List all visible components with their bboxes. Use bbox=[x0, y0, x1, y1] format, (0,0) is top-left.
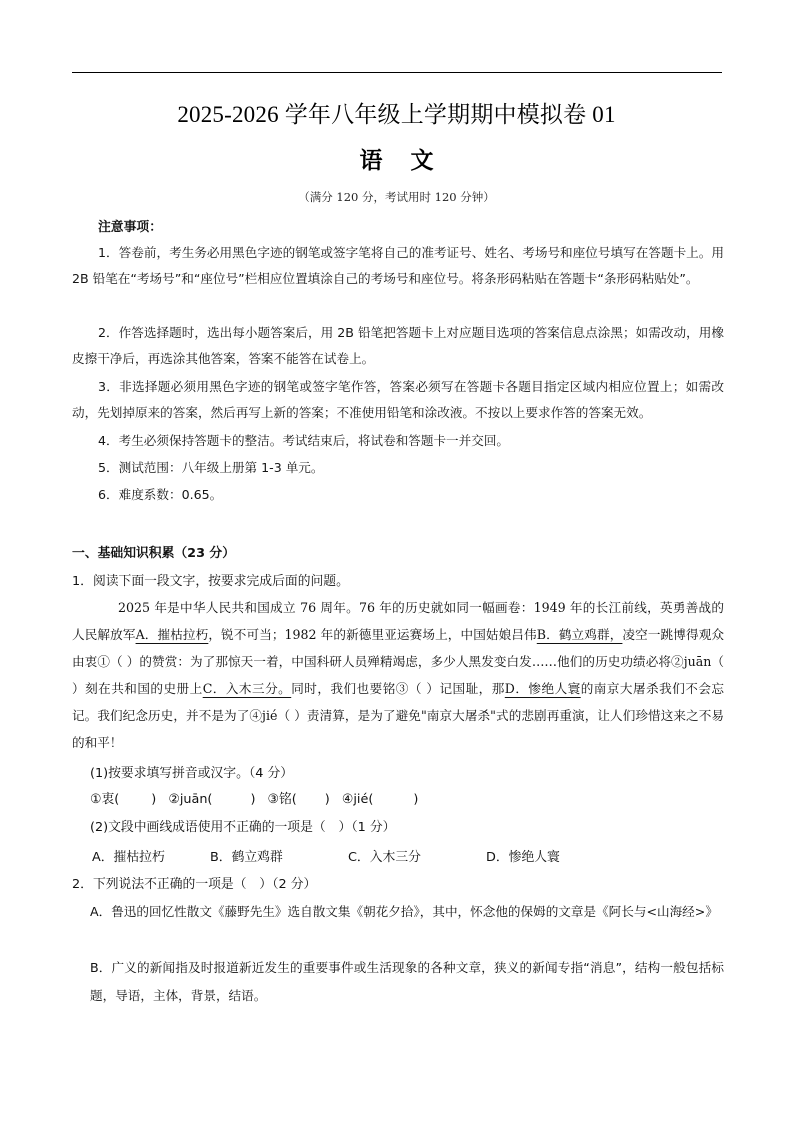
notice-item-1: 1．答卷前，考生务必用黑色字迹的钢笔或签字笔将自己的准考证号、姓名、考场号和座位… bbox=[72, 240, 724, 292]
notice-item-2: 2．作答选择题时，选出每小题答案后，用 2B 铅笔把答题卡上对应题目选项的答案信… bbox=[72, 320, 724, 372]
score-time-note: （满分 120 分，考试用时 120 分钟） bbox=[0, 189, 793, 205]
fill-blank-3[interactable]: ③铭() bbox=[268, 788, 330, 807]
fill-blank-1-close: ) bbox=[151, 792, 156, 807]
fill-blank-row: ①衷() ②juān() ③铭() ④jié() bbox=[90, 788, 420, 807]
subject-title: 语文 bbox=[0, 142, 793, 175]
fill-blank-3-label: ③铭( bbox=[268, 792, 297, 807]
fill-blank-4[interactable]: ④jié() bbox=[342, 792, 418, 807]
subquestion-2-prompt: (2)文段中画线成语使用不正确的一项是（ ）（1 分） bbox=[90, 816, 395, 835]
fill-blank-3-close: ) bbox=[325, 792, 330, 807]
section-heading-basics: 一、基础知识积累（23 分） bbox=[72, 542, 235, 561]
fill-blank-4-label: ④jié( bbox=[342, 792, 373, 807]
fill-blank-1-label: ①衷( bbox=[90, 792, 119, 807]
question-2-option-b[interactable]: B．广义的新闻指及时报道新近发生的重要事件或生活现象的各种文章，狭义的新闻专指“… bbox=[90, 954, 724, 1010]
fill-blank-4-close: ) bbox=[413, 792, 418, 807]
notice-item-6: 6．难度系数：0.65。 bbox=[72, 482, 724, 508]
notice-item-5: 5．测试范围：八年级上册第 1-3 单元。 bbox=[72, 455, 724, 481]
exam-title: 2025-2026 学年八年级上学期期中模拟卷 01 bbox=[0, 96, 793, 129]
fill-blank-2[interactable]: ②juān() bbox=[168, 792, 255, 807]
question-2-prompt: 2．下列说法不正确的一项是（ ）（2 分） bbox=[72, 873, 316, 892]
underlined-idiom-d: D．惨绝人寰 bbox=[505, 681, 581, 696]
option-d[interactable]: D．惨绝人寰 bbox=[486, 846, 560, 865]
underlined-idiom-a: A．摧枯拉朽 bbox=[136, 627, 209, 642]
subject-char-2: 文 bbox=[411, 148, 434, 174]
option-c[interactable]: C．入木三分 bbox=[348, 846, 421, 865]
option-b[interactable]: B．鹤立鸡群 bbox=[210, 846, 283, 865]
passage-text-4: 同时，我们也要铭③（ ）记国耻，那 bbox=[291, 681, 505, 696]
question-1-passage: 2025 年是中华人民共和国成立 76 周年。76 年的历史就如同一幅画卷：19… bbox=[72, 594, 724, 756]
fill-blank-2-label: ②juān( bbox=[168, 792, 212, 807]
passage-text-2: ，锐不可当；1982 年的新德里亚运赛场上，中国姑娘吕伟 bbox=[208, 627, 536, 642]
fill-blank-2-close: ) bbox=[250, 792, 255, 807]
underlined-idiom-c: C．入木三分。 bbox=[203, 681, 292, 696]
question-2-option-a[interactable]: A．鲁迅的回忆性散文《藤野先生》选自散文集《朝花夕拾》，其中，怀念他的保姆的文章… bbox=[90, 898, 724, 926]
notice-item-4: 4．考生必须保持答题卡的整洁。考试结束后，将试卷和答题卡一并交回。 bbox=[72, 428, 724, 454]
subject-char-1: 语 bbox=[360, 148, 383, 174]
question-1-prompt: 1．阅读下面一段文字，按要求完成后面的问题。 bbox=[72, 570, 349, 589]
option-a[interactable]: A．摧枯拉朽 bbox=[92, 846, 165, 865]
notice-heading: 注意事项： bbox=[98, 216, 162, 235]
notice-item-3: 3．非选择题必须用黑色字迹的钢笔或签字笔作答，答案必须写在答题卡各题目指定区域内… bbox=[72, 374, 724, 426]
underlined-idiom-b: B．鹤立鸡群， bbox=[537, 627, 623, 642]
fill-blank-1[interactable]: ①衷() bbox=[90, 788, 156, 807]
subquestion-1-prompt: (1)按要求填写拼音或汉字。（4 分） bbox=[90, 762, 293, 781]
header-rule bbox=[72, 72, 722, 73]
